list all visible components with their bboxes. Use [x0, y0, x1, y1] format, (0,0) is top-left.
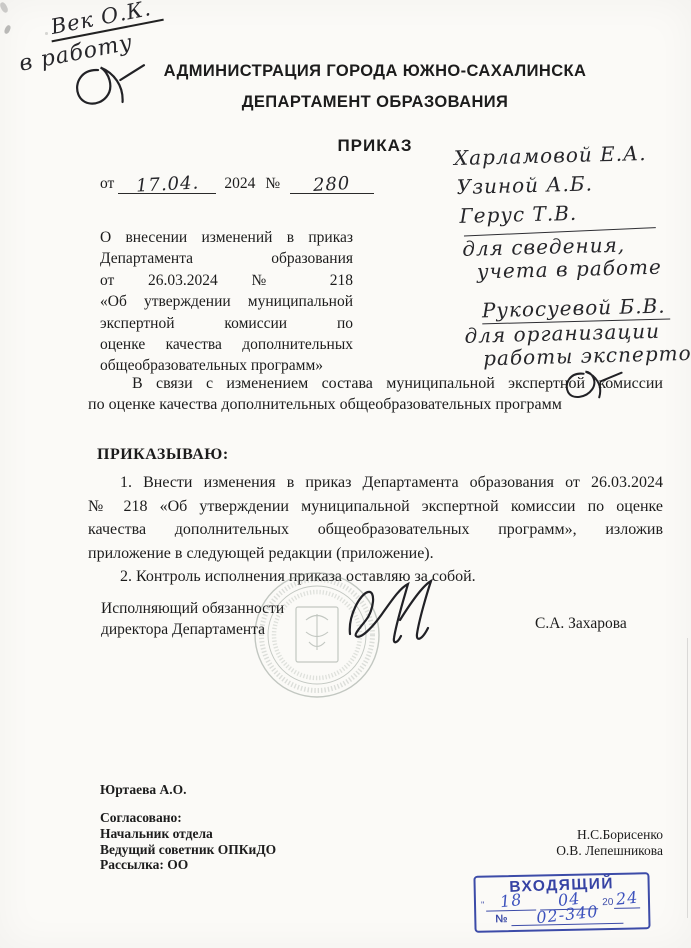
- subject-line: О внесении изменений в приказ: [100, 227, 353, 248]
- scan-speck: [0, 1, 9, 14]
- scanned-order-document: Век О.К. в работу АДМИНИСТРАЦИЯ ГОРОДА Ю…: [0, 0, 691, 948]
- executor-name: Юртаева А.О.: [100, 782, 186, 798]
- date-slot: 17.04.: [118, 172, 216, 194]
- agreement-name: Н.С.Борисенко: [556, 827, 663, 843]
- agreement-names-right: Н.С.Борисенко О.В. Лепешникова: [556, 827, 663, 859]
- item1-line: № 218 «Об утверждении муниципальной эксп…: [88, 495, 663, 519]
- incoming-day-handwritten: 18: [499, 890, 523, 911]
- subject-line: экспертной комиссии по: [100, 313, 353, 334]
- quote-mark: ": [481, 900, 484, 910]
- order-word: ПРИКАЗЫВАЮ:: [97, 446, 229, 464]
- incoming-year-prefix: 20: [602, 897, 613, 908]
- intro-paragraph: В связи с изменением состава муниципальн…: [88, 374, 663, 416]
- subject-line: «Об утверждении муниципальной: [100, 291, 353, 312]
- handwritten-number: 280: [313, 173, 351, 196]
- subject-line: Департамента образования: [100, 248, 353, 269]
- subject-line: от 26.03.2024 № 218: [100, 270, 353, 291]
- signer-position-line: директора Департамента: [101, 619, 284, 640]
- agreed-line: Начальник отдела: [100, 826, 276, 842]
- incoming-day-slot: 18: [486, 896, 536, 912]
- org-line-2: ДЕПАРТАМЕНТ ОБРАЗОВАНИЯ: [75, 87, 675, 118]
- signer-position-line: Исполняющий обязанности: [101, 598, 284, 619]
- number-sign: №: [265, 175, 280, 192]
- header-organization: АДМИНИСТРАЦИЯ ГОРОДА ЮЖНО-САХАЛИНСКА ДЕП…: [75, 56, 675, 118]
- org-line-1: АДМИНИСТРАЦИЯ ГОРОДА ЮЖНО-САХАЛИНСКА: [75, 56, 675, 87]
- assignee-name: Герус Т.В.: [459, 196, 691, 231]
- intro-line: В связи с изменением состава муниципальн…: [88, 374, 663, 395]
- year-printed: 2024: [224, 175, 255, 192]
- order-subject-block: О внесении изменений в приказ Департамен…: [100, 227, 353, 377]
- incoming-number-sign: №: [495, 913, 508, 925]
- signer-position: Исполняющий обязанности директора Департ…: [101, 598, 284, 640]
- item1-line: 1. Внести изменения в приказ Департамент…: [88, 471, 663, 495]
- agreement-name: О.В. Лепешникова: [556, 843, 663, 859]
- number-slot: 280: [290, 172, 374, 194]
- incoming-year-slot: 24: [614, 893, 640, 909]
- incoming-number-slot: 02-340: [511, 909, 623, 926]
- signer-name: С.А. Захарова: [535, 615, 627, 633]
- agreed-label: Согласовано:: [100, 810, 276, 826]
- handwritten-date: 17.04.: [135, 172, 199, 196]
- agreed-line: Ведущий советник ОПКиДО: [100, 842, 276, 858]
- item1-line: качества дополнительных общеобразователь…: [88, 518, 663, 542]
- director-signature-icon: [338, 578, 458, 650]
- handwritten-assignments-right: Харламовой Е.А. Узиной А.Б. Герус Т.В. д…: [444, 138, 691, 410]
- date-prefix: от: [100, 175, 114, 192]
- subject-line: оценке качества дополнительных: [100, 334, 353, 355]
- agreement-block: Согласовано: Начальник отдела Ведущий со…: [100, 810, 276, 873]
- incoming-registration-stamp: ВХОДЯЩИЙ " 18 04 20 24 № 02-340: [473, 872, 650, 933]
- date-number-line: от17.04.2024№280: [100, 172, 374, 194]
- intro-line: по оценке качества дополнительных общеоб…: [88, 395, 663, 416]
- item1-line: приложение в следующей редакции (приложе…: [88, 542, 663, 566]
- assignment-note: учета в работе: [477, 255, 691, 284]
- incoming-year-handwritten: 24: [615, 887, 639, 908]
- scan-edge-line: [687, 638, 688, 918]
- agreed-line: Рассылка: ОО: [100, 857, 276, 873]
